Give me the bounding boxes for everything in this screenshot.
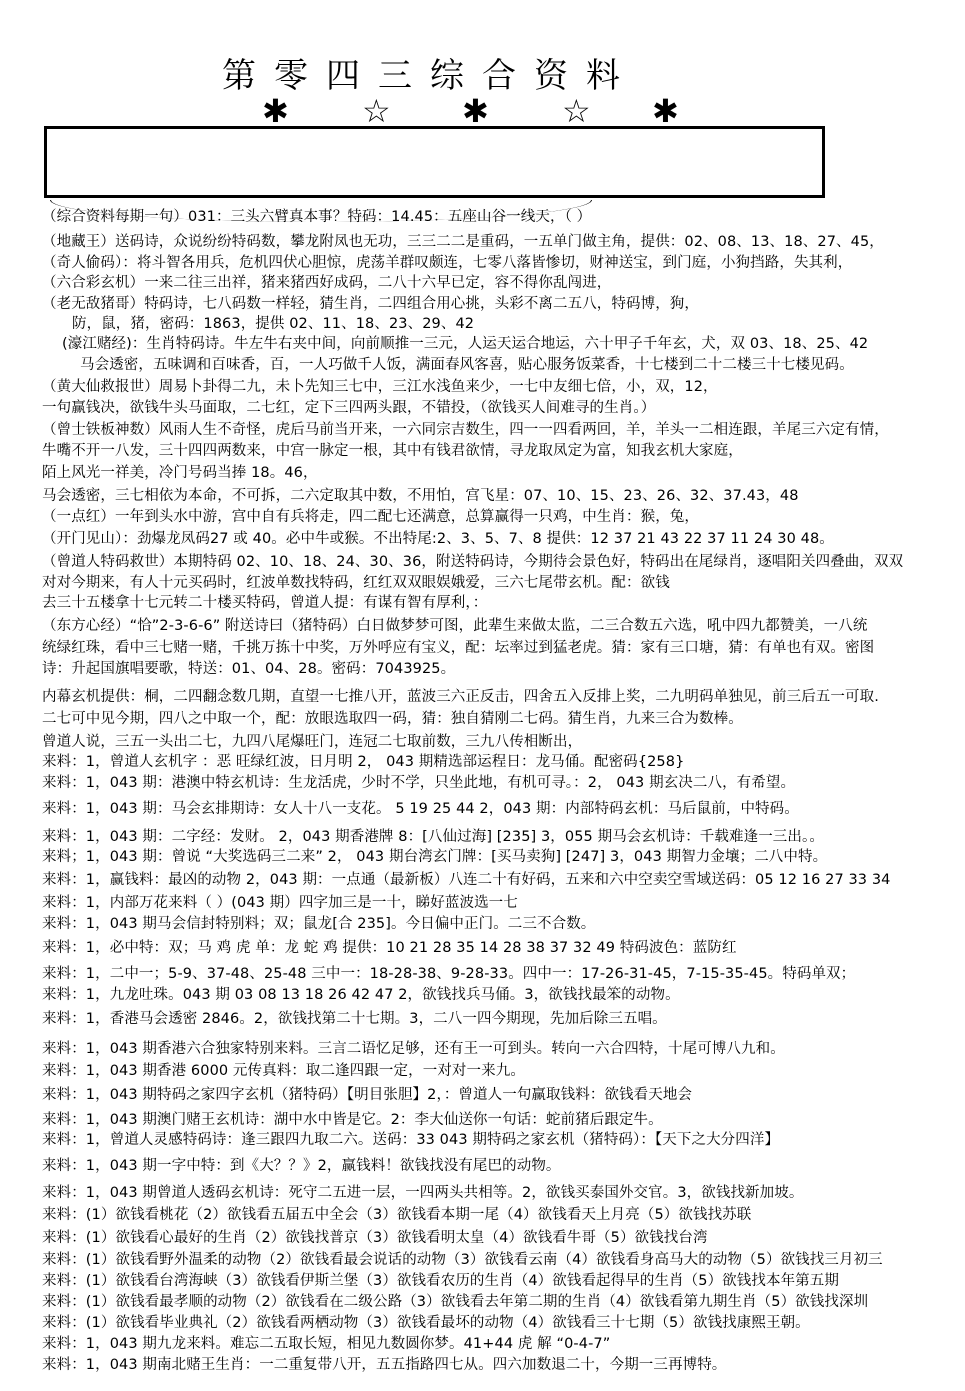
text-line: 来料：1，043 期南北赌王生肖：一二重复带八开，五五指路四七从。四六加数退二十… [42, 1356, 726, 1374]
text-line: 来料：1，九龙吐珠。043 期 03 08 13 18 26 42 47 2，欲… [42, 986, 680, 1004]
text-line: （奇人偷码）：将斗智各用兵，危机四伏心胆惊，虎荡羊群叹颇连，七零八落皆惨切，财神… [42, 254, 852, 272]
text-line: 来料：1，043 期马会信封特别料；双；鼠龙[合 235]。今日偏中正门。二三不… [42, 915, 595, 933]
text-line: 陌上风光一祥美，冷门号码当捧 18。46， [42, 464, 318, 482]
text-line: 马会透密，五味调和百味香，百，一人巧做千人饭，满面春风客喜，贴心服务饭菜香，十七… [80, 356, 854, 374]
text-line: （综合资料每期一句）031：三头六臂真本事？特码：14.45：五座山谷一线天，（… [42, 208, 591, 226]
asterisk-icon: ✱ [462, 92, 489, 130]
text-line: 来料：1，043 期九龙来料。难忘二五取长短，相见九数圆你梦。41+44 虎 解… [42, 1335, 610, 1353]
star-icon: ☆ [362, 92, 391, 130]
text-line: 一句赢钱决，欲钱牛头马面取，二七红，定下三四两头跟，不错投，（欲钱买人间难寻的生… [42, 399, 655, 417]
text-line: 来料：1，043 期：港澳中特玄机诗：生龙活虎，少时不学，只坐此地，有机可寻。：… [42, 774, 795, 792]
text-line: 来料：(1）欲钱看心最好的生肖（2）欲钱找普京（3）欲钱看明太皇（4）欲钱看牛哥… [42, 1229, 708, 1247]
text-line: 来料：1，曾道人灵感特码诗：逢三跟四九取二六。送码：33 043 期特码之家玄机… [42, 1131, 779, 1149]
text-line: 去三十五楼拿十七元转二十楼买特码，曾道人提：有谋有智有厚利，： [42, 594, 487, 612]
asterisk-icon: ✱ [262, 92, 289, 130]
page-title: 第零四三综合资料 [222, 48, 638, 97]
text-line: 来料：1，043 期曾道人透码玄机诗：死守二五进一层，一四两头共相等。2，欲钱买… [42, 1184, 803, 1202]
text-line: （开门见山）：劲爆龙凤码27 或 40。必中牛或猴。不出特尾:2、3、5、7、8… [42, 530, 834, 548]
text-line: （一点红）一年到头水中游，宫中自有兵将走，四二配七还满意，总算赢得一只鸡，中生肖… [42, 508, 699, 526]
text-line: （六合彩玄机）一来二往三出祥，猪来猪西好成码，二八十六早已定，容不得你乱闯进， [42, 274, 611, 292]
text-line: 来料：1，赢钱料：最凶的动物 2，043 期：一点通（最新板）八连二十有好码，五… [42, 871, 891, 889]
text-line: 二七可中见今期，四八之中取一个，配：放眼选取四一码，猜：独自猜刚二七码。猜生肖，… [42, 710, 743, 728]
text-line: 来料：1，043 期一字中特：到《大？？》2，赢钱料！欲钱找没有尾巴的动物。 [42, 1157, 561, 1175]
asterisk-icon: ✱ [652, 92, 679, 130]
text-line: 来料：1，二中一；5-9、37-48、25-48 三中一：18-28-38、9-… [42, 965, 855, 983]
text-line: （曾道人特码救世）本期特码 02、10、18、24、30、36，附送特码诗，今期… [42, 553, 903, 571]
text-line: 来料：1，必中特：双；马 鸡 虎 单：龙 蛇 鸡 提供：10 21 28 35 … [42, 939, 737, 957]
text-line: （东方心经）“恰”2-3-6-6” 附送诗曰（猪特码）白日做梦梦可图，此辈生来做… [42, 617, 867, 635]
text-line: 来料：1，曾道人玄机字 ：恶 旺绿红波，日月明 2， 043 期精选部运程日：龙… [42, 753, 684, 771]
text-line: 来料：(1）欲钱看桃花（2）欲钱看五届五中全会（3）欲钱看本期一尾（4）欲钱看天… [42, 1206, 751, 1224]
text-line: 来料：(1）欲钱看毕业典礼（2）欲钱看两栖动物（3）欲钱看最坏的动物（4）欲钱看… [42, 1314, 810, 1332]
star-icon: ☆ [562, 92, 591, 130]
text-line: 防，鼠，猪，密码：1863，提供 02、11、18、23、29、42 [72, 315, 474, 333]
text-line: 来料：1，043 期：二字经：发财。 2，043 期香港牌 8：[八仙过海] [… [42, 828, 824, 846]
text-line: （曾士铁板神数）风雨人生不奇怪，虎后马前当开来，一六同宗吉数生，四一一四看两回，… [42, 421, 889, 439]
text-line: 来料：1，043 期香港六合独家特别来料。三言二语忆足够，还有王一可到头。转向一… [42, 1040, 785, 1058]
text-line: 来料：1，043 期香港 6000 元传真料：取二逢四跟一定，一对对一来九。 [42, 1062, 525, 1080]
text-line: 对对今期来，有人十元买码时，红波单数找特码，红红双双眼娱娥爱，三六七尾带玄机。配… [42, 574, 670, 592]
text-line: (濠江赌经)：生肖特码诗。牛左牛右夹中间，向前顺推一三元，人运天运合地运，六十甲… [62, 335, 868, 353]
text-line: 马会透密，三七相依为本命，不可拆，二六定取其中数，不用怕，宫飞星：07、10、1… [42, 487, 799, 505]
text-line: 来料：1，香港马会透密 2846。2，欲钱找第二十七期。3，二八一四今期现，先加… [42, 1010, 667, 1028]
text-line: 来料：1，043 期：马会玄排期诗：女人十八一支花。 5 19 25 44 2，… [42, 800, 799, 818]
text-line: 来料：(1）欲钱看台湾海峡（3）欲钱看伊斯兰堡（3）欲钱看农历的生肖（4）欲钱看… [42, 1272, 839, 1290]
stars-row: ✱ ☆ ✱ ☆ ✱ [262, 92, 702, 130]
text-line: 诗：升起国旗唱要歌，特送：01、04、28。密码：7043925。 [42, 660, 455, 678]
text-line: （黄大仙救报世）周易卜卦得二九，未卜先知三七中，三江水浅鱼来少，一七中友细七倍，… [42, 378, 718, 396]
text-line: 来料：1，043 期特码之家四字玄机（猪特码）【明目张胆】2，：曾道人一句赢取钱… [42, 1086, 692, 1104]
text-line: （地藏王）送码诗，众说纷纷特码数，攀龙附凤也无功，三三二二是重码，一五单门做主角… [42, 233, 884, 251]
text-line: 曾道人说，三五一头出二七，九四八尾爆旺门，连冠二七取前数，三九八传相断出， [42, 733, 582, 751]
text-line: 来料：1，043 期澳门赌王玄机诗：湖中水中皆是它。2：李大仙送你一句话：蛇前猪… [42, 1111, 663, 1129]
text-line: 统绿红珠，看中三七赌一赌，千挑万拣十中奖，万外呼应有宝义，配：坛率过到猛老虎。猜… [42, 639, 874, 657]
text-line: 来料：(1）欲钱看野外温柔的动物（2）欲钱看最会说话的动物（3）欲钱看云南（4）… [42, 1251, 883, 1269]
header-box [44, 126, 825, 198]
text-line: 来料：1，内部万花来料（ ）(043 期）四字加三是一十，睇好蓝波选一七 [42, 894, 518, 912]
text-line: 来料：(1）欲钱看最孝顺的动物（2）欲钱看在二级公路（3）欲钱看去年第二期的生肖… [42, 1293, 868, 1311]
text-line: 来料；1，043 期：曾说 “大奖选码三二来” 2， 043 期台湾玄门牌：[买… [42, 848, 827, 866]
text-line: 牛嘴不开一八发，三十四四两数来，中宫一脉定一根，其中有钱君欲情，寻龙取凤定为富，… [42, 442, 743, 460]
text-line: （老无敌猪哥）特码诗，七八码数一样轻，猜生肖，二四组合用心挑，头彩不离二五八，特… [42, 295, 699, 313]
text-line: 内幕玄机提供：桐，二四翻念数几期，直望一七推八开，蓝波三六正反击，四舍五入反排上… [42, 688, 879, 706]
